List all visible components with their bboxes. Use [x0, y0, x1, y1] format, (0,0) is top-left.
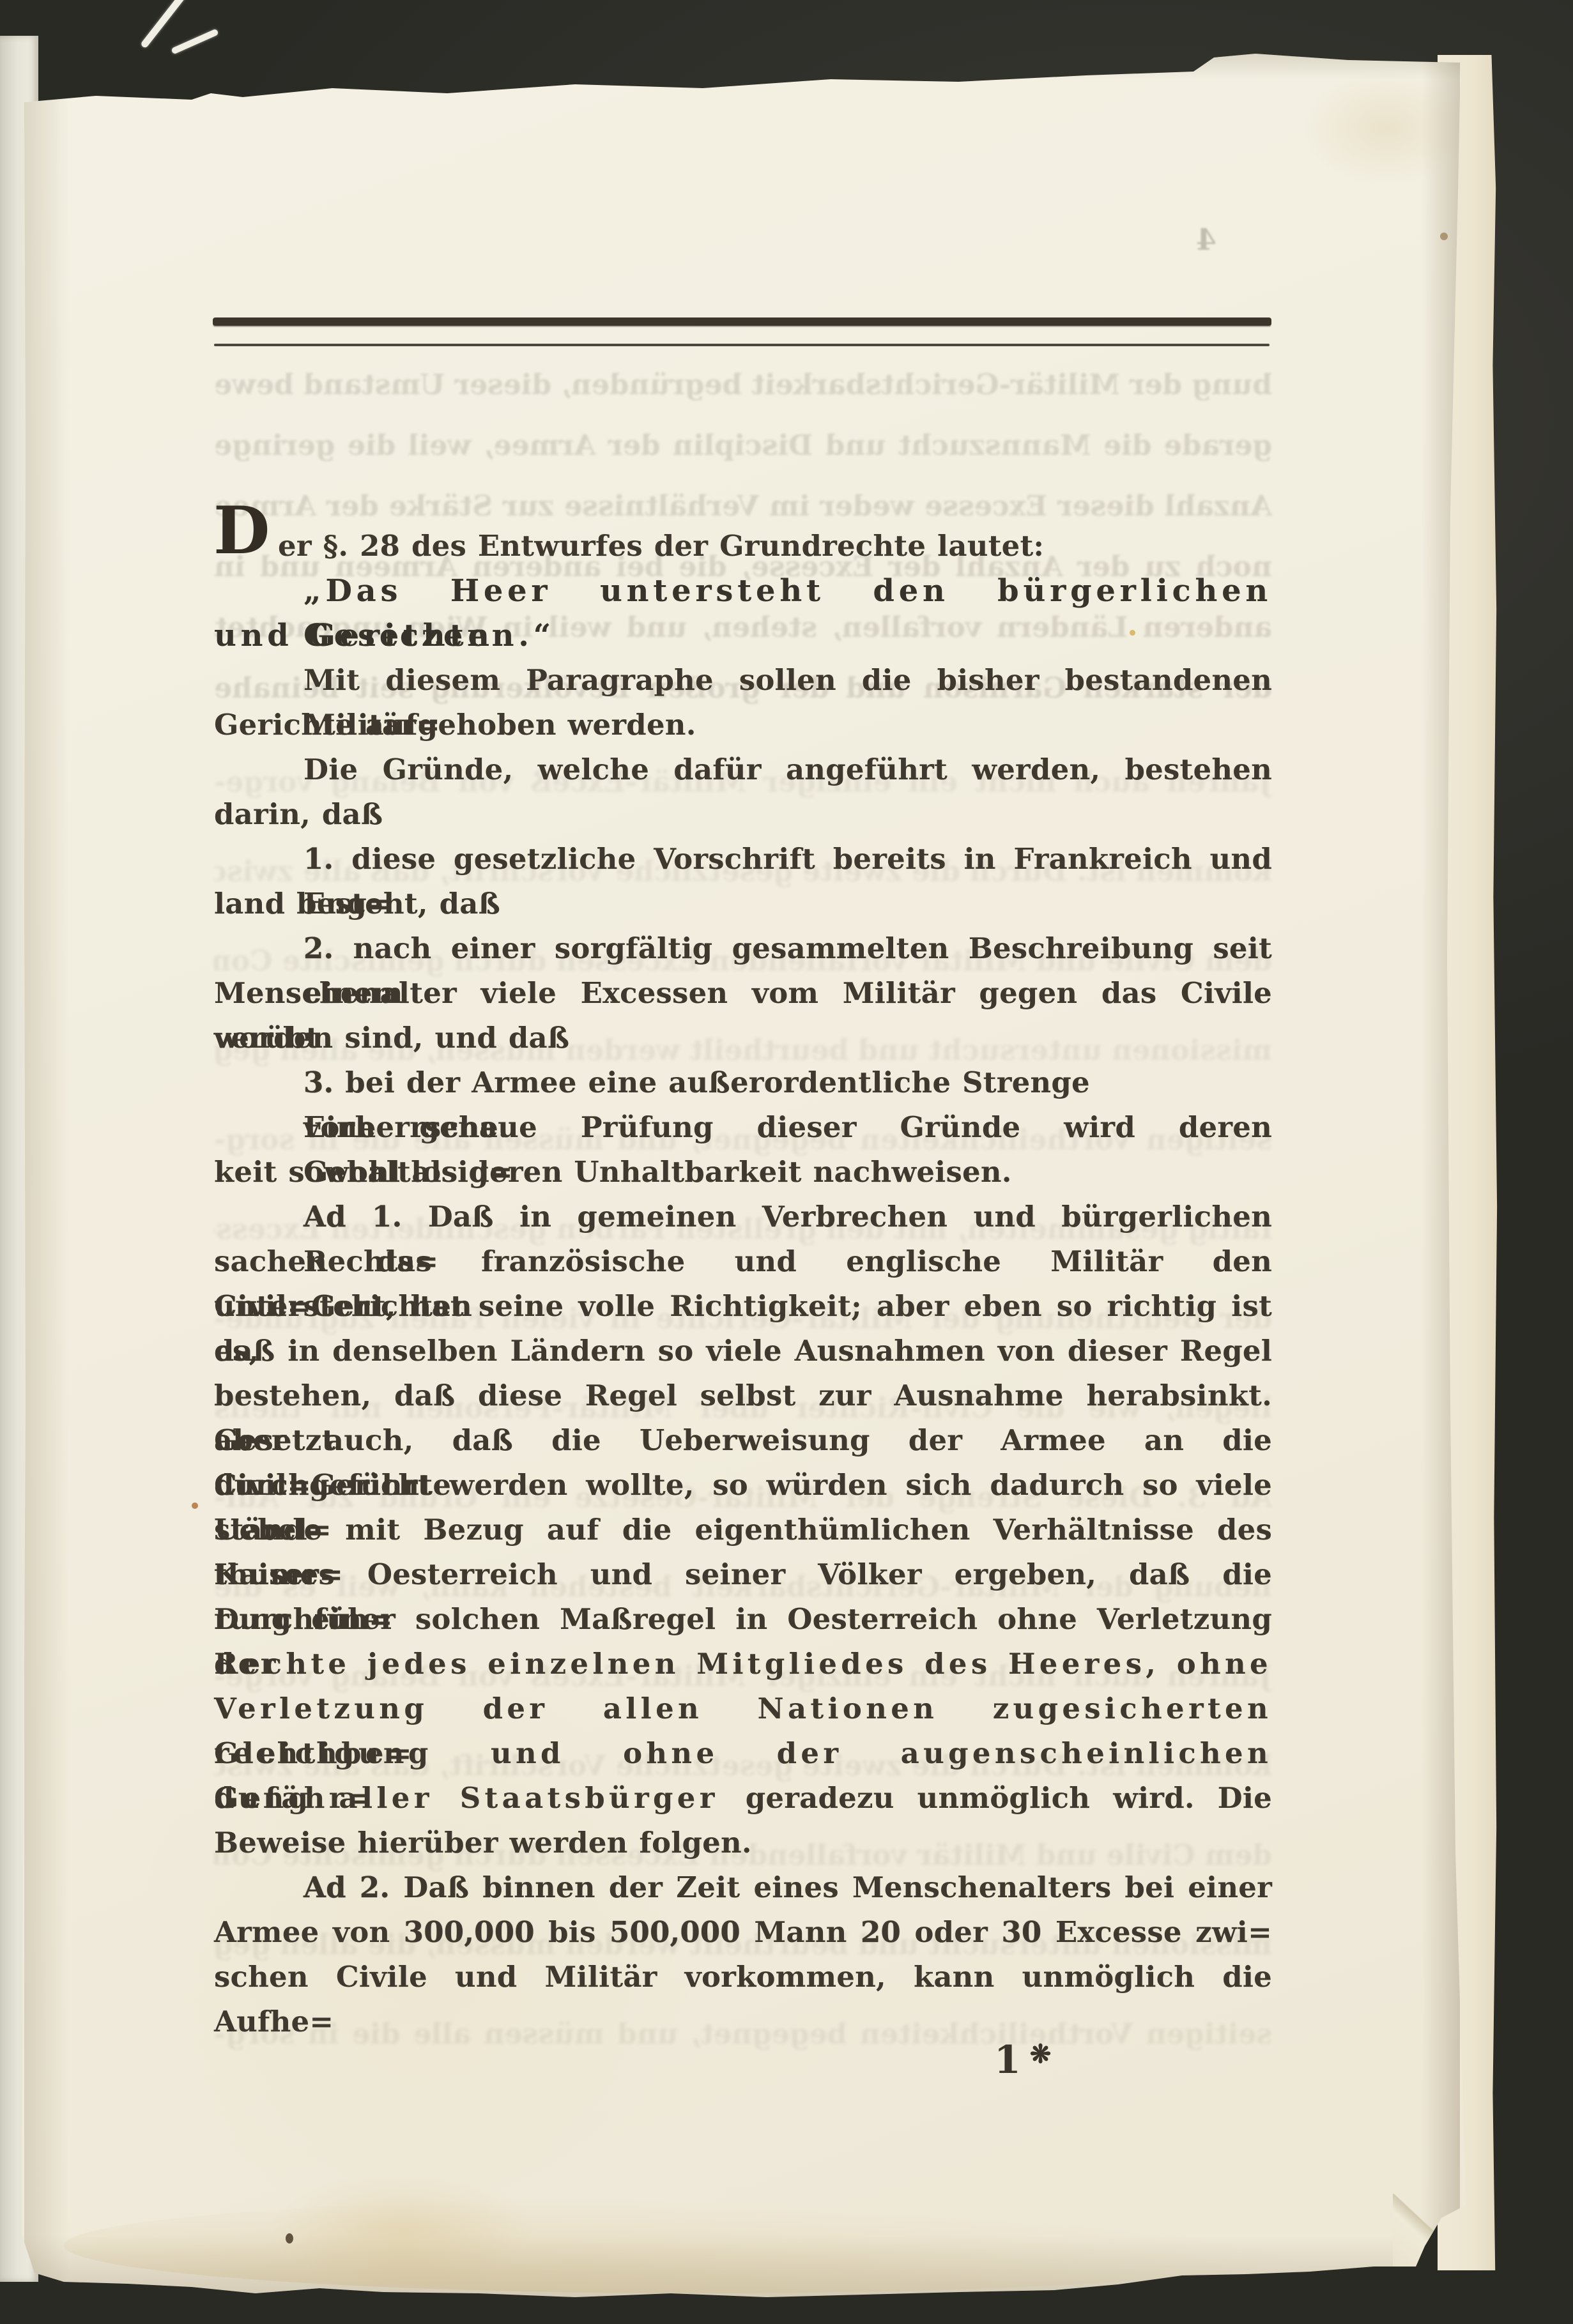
text-segment: keit sowohl als deren Unhaltbarkeit nach…	[214, 1155, 1012, 1189]
text-line-29: dung aller Staatsbürger geradezu unmögli…	[214, 1776, 1272, 1821]
text-segment: Die Gründe, welche dafür angeführt werde…	[303, 753, 1272, 786]
photo-backdrop: 4 bung der Militär-Gerichtsbarkeit begrü…	[0, 0, 1573, 2324]
page-top-shadow	[24, 54, 1462, 79]
text-segment: land besteht, daß	[214, 887, 500, 921]
head-rule-thin	[214, 344, 1270, 346]
text-segment: darin, daß	[214, 797, 383, 831]
text-segment: oder	[901, 1915, 1001, 1949]
text-line-14: Eine genaue Prüfung dieser Gründe wird d…	[214, 1105, 1272, 1150]
text-segment: Ad 2.	[303, 1870, 403, 1904]
text-line-20: bestehen, daß diese Regel selbst zur Aus…	[214, 1373, 1272, 1418]
text-line-13: 3. bei der Armee eine außerordentliche S…	[214, 1060, 1272, 1105]
text-segment: worden sind, und daß	[214, 1021, 569, 1055]
document-page: 4 bung der Militär-Gerichtsbarkeit begrü…	[0, 0, 1573, 2324]
ink-speck	[286, 2233, 293, 2244]
binding-thread	[140, 0, 187, 49]
text-segment: Daß binnen der Zeit eines Menschenalters…	[403, 1870, 1272, 1904]
page-left-crease	[24, 96, 69, 2281]
text-line-27: Verletzung der allen Nationen zugesicher…	[214, 1686, 1272, 1731]
ink-speck	[192, 1502, 198, 1509]
bleedthrough-line: gerade die Mannszucht und Disciplin der …	[214, 424, 1272, 468]
text-segment: 1.	[303, 842, 351, 876]
text-line-15: keit sowohl als deren Unhaltbarkeit nach…	[214, 1150, 1272, 1195]
text-line-16: Ad 1. Daß in gemeinen Verbrechen und bür…	[214, 1195, 1272, 1239]
text-line-11: Menschenalter viele Excessen vom Militär…	[214, 971, 1272, 1016]
text-line-26: Rechte jedes einzelnen Mitgliedes des He…	[214, 1642, 1272, 1686]
text-line-3: und Gerichten.“	[214, 613, 1272, 658]
ink-speck	[1440, 233, 1448, 240]
text-segment: er §. 28 des Entwurfes der Grundrechte l…	[278, 529, 1044, 563]
text-segment: Beweise hierüber werden folgen.	[214, 1826, 752, 1860]
text-column: er §. 28 des Entwurfes der Grundrechte l…	[214, 524, 1272, 1999]
binding-thread	[171, 29, 219, 55]
text-segment: geradezu unmöglich wird. Die	[746, 1781, 1272, 1815]
text-segment: 30	[1001, 1915, 1041, 1949]
text-segment: daß in denselben Ländern so viele Ausnah…	[214, 1334, 1272, 1368]
text-segment: Mann	[740, 1915, 861, 1949]
page-bottom-shadow	[22, 2236, 1466, 2297]
text-line-8: 1. diese gesetzliche Vorschrift bereits …	[214, 837, 1272, 882]
text-line-24: thumes Oesterreich und seiner Völker erg…	[214, 1552, 1272, 1597]
text-line-12: worden sind, und daß	[214, 1016, 1272, 1060]
text-line-1: er §. 28 des Entwurfes der Grundrechte l…	[214, 524, 1272, 569]
head-rule-thick	[213, 317, 1271, 326]
text-line-7: darin, daß	[214, 792, 1272, 837]
text-segment: Ad 1.	[303, 1200, 428, 1234]
text-segment: Excesse zwi=	[1041, 1915, 1272, 1949]
text-line-4: Mit diesem Paragraphe sollen die bisher …	[214, 658, 1272, 703]
signature-mark: 1❋	[994, 2038, 1042, 2083]
text-line-2: „Das Heer untersteht den bürgerlichen Ge…	[214, 569, 1272, 613]
text-line-5: Gerichte aufgehoben werden.	[214, 703, 1272, 747]
text-segment: rung einer solchen Maßregel in Oesterrei…	[214, 1602, 1284, 1636]
text-segment: 3.	[303, 1066, 345, 1099]
text-segment: 500,000	[610, 1915, 740, 1949]
text-line-30: Beweise hierüber werden folgen.	[214, 1821, 1272, 1865]
text-line-33: schen Civile und Militär vorkommen, kann…	[214, 1955, 1272, 1999]
text-line-6: Die Gründe, welche dafür angeführt werde…	[214, 747, 1272, 792]
text-line-25: rung einer solchen Maßregel in Oesterrei…	[214, 1597, 1272, 1642]
text-line-21: aber auch, daß die Ueberweisung der Arme…	[214, 1418, 1272, 1463]
text-segment: Gerichte aufgehoben werden.	[214, 708, 696, 742]
text-segment: 300,000	[404, 1915, 535, 1949]
foxing-stain	[268, 2172, 537, 2287]
text-line-31: Ad 2. Daß binnen der Zeit eines Menschen…	[214, 1865, 1272, 1910]
text-segment: 20	[861, 1915, 901, 1949]
bleedthrough-line: bung der Militär-Gerichtsbarkeit begründ…	[214, 363, 1272, 408]
text-line-22: durchgeführt werden wollte, so würden si…	[214, 1463, 1272, 1508]
signature-asterisk-icon: ❋	[1030, 2039, 1052, 2069]
text-segment: Rechte jedes einzelnen Mitgliedes des He…	[214, 1647, 1272, 1681]
signature-number: 1	[994, 2038, 1021, 2083]
bleedthrough-page-number: 4	[1196, 222, 1216, 257]
text-segment: 2.	[303, 931, 353, 965]
text-line-28: rechtigung und ohne der augenscheinliche…	[214, 1731, 1272, 1776]
text-line-32: Armee von 300,000 bis 500,000 Mann 20 od…	[214, 1910, 1272, 1955]
text-line-23: stände mit Bezug auf die eigenthümlichen…	[214, 1508, 1272, 1552]
bleedthrough-line: seitigen Vortheilichkeiten begegnet, und…	[214, 2012, 1272, 2057]
foxing-stain	[1303, 70, 1469, 185]
text-line-10: 2. nach einer sorgfältig gesammelten Bes…	[214, 926, 1272, 971]
text-segment: bis	[535, 1915, 610, 1949]
foxing-stain	[64, 2198, 1342, 2293]
text-line-19: daß in denselben Ländern so viele Ausnah…	[214, 1329, 1272, 1373]
text-segment: dung aller Staatsbürger	[214, 1781, 746, 1815]
text-line-9: land besteht, daß	[214, 882, 1272, 926]
text-segment: Armee von	[214, 1915, 404, 1949]
text-line-17: sachen das französische und englische Mi…	[214, 1239, 1272, 1284]
text-segment: schen Civile und Militär vorkommen, kann…	[214, 1960, 1284, 2038]
text-segment: und Gerichten.“	[214, 618, 555, 654]
bleedthrough-line: Anzahl dieser Excesse weder im Verhältni…	[214, 484, 1272, 529]
text-line-18: untersteht, hat seine volle Richtigkeit;…	[214, 1284, 1272, 1329]
